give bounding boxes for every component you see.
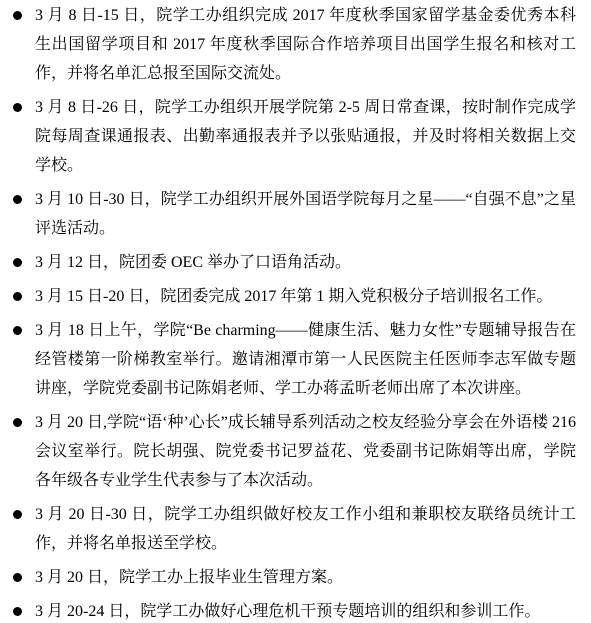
list-item: 3 月 20-24 日，院学工办做好心理危机干预专题培训的组织和参训工作。 [0, 597, 591, 623]
bullet-icon [13, 11, 22, 20]
list-item: 3 月 20 日-30 日，院学工办组织做好校友工作小组和兼职校友联络员统计工作… [0, 500, 591, 558]
list-item-text: 3 月 18 日上午，学院“Be charming——健康生活、魅力女性”专题辅… [35, 322, 576, 397]
bullet-icon [13, 195, 22, 204]
list-item: 3 月 8 日-26 日，院学工办组织开展学院第 2-5 周日常查课，按时制作完… [0, 93, 591, 180]
list-item-text: 3 月 12 日，院团委 OEC 举办了口语角活动。 [35, 254, 351, 271]
list-item: 3 月 10 日-30 日，院学工办组织开展外国语学院每月之星——“自强不息”之… [0, 185, 591, 243]
list-item: 3 月 18 日上午，学院“Be charming——健康生活、魅力女性”专题辅… [0, 316, 591, 403]
bulleted-list: 3 月 8 日-15 日，院学工办组织完成 2017 年度秋季国家留学基金委优秀… [0, 1, 591, 623]
list-item: 3 月 12 日，院团委 OEC 举办了口语角活动。 [0, 248, 591, 277]
list-item-text: 3 月 15 日-20 日，院团委完成 2017 年第 1 期入党积极分子培训报… [35, 288, 552, 305]
list-item-text: 3 月 20 日,学院“语‘种’心长”成长辅导系列活动之校友经验分享会在外语楼 … [35, 414, 576, 489]
document-page: 3 月 8 日-15 日，院学工办组织完成 2017 年度秋季国家留学基金委优秀… [0, 0, 591, 623]
bullet-icon [13, 510, 22, 519]
bullet-icon [13, 418, 22, 427]
bullet-icon [13, 607, 22, 616]
list-item: 3 月 20 日，院学工办上报毕业生管理方案。 [0, 563, 591, 592]
bullet-icon [13, 292, 22, 301]
list-item-text: 3 月 10 日-30 日，院学工办组织开展外国语学院每月之星——“自强不息”之… [35, 191, 576, 237]
list-item-text: 3 月 20 日-30 日，院学工办组织做好校友工作小组和兼职校友联络员统计工作… [35, 506, 576, 552]
bullet-icon [13, 573, 22, 582]
list-item-text: 3 月 20 日，院学工办上报毕业生管理方案。 [35, 569, 343, 586]
list-item: 3 月 8 日-15 日，院学工办组织完成 2017 年度秋季国家留学基金委优秀… [0, 1, 591, 88]
list-item-text: 3 月 8 日-15 日，院学工办组织完成 2017 年度秋季国家留学基金委优秀… [35, 7, 576, 82]
bullet-icon [13, 326, 22, 335]
list-item: 3 月 20 日,学院“语‘种’心长”成长辅导系列活动之校友经验分享会在外语楼 … [0, 408, 591, 495]
list-item-text: 3 月 20-24 日，院学工办做好心理危机干预专题培训的组织和参训工作。 [35, 603, 540, 620]
list-item-text: 3 月 8 日-26 日，院学工办组织开展学院第 2-5 周日常查课，按时制作完… [35, 99, 576, 174]
bullet-icon [13, 258, 22, 267]
list-item: 3 月 15 日-20 日，院团委完成 2017 年第 1 期入党积极分子培训报… [0, 282, 591, 311]
bullet-icon [13, 103, 22, 112]
